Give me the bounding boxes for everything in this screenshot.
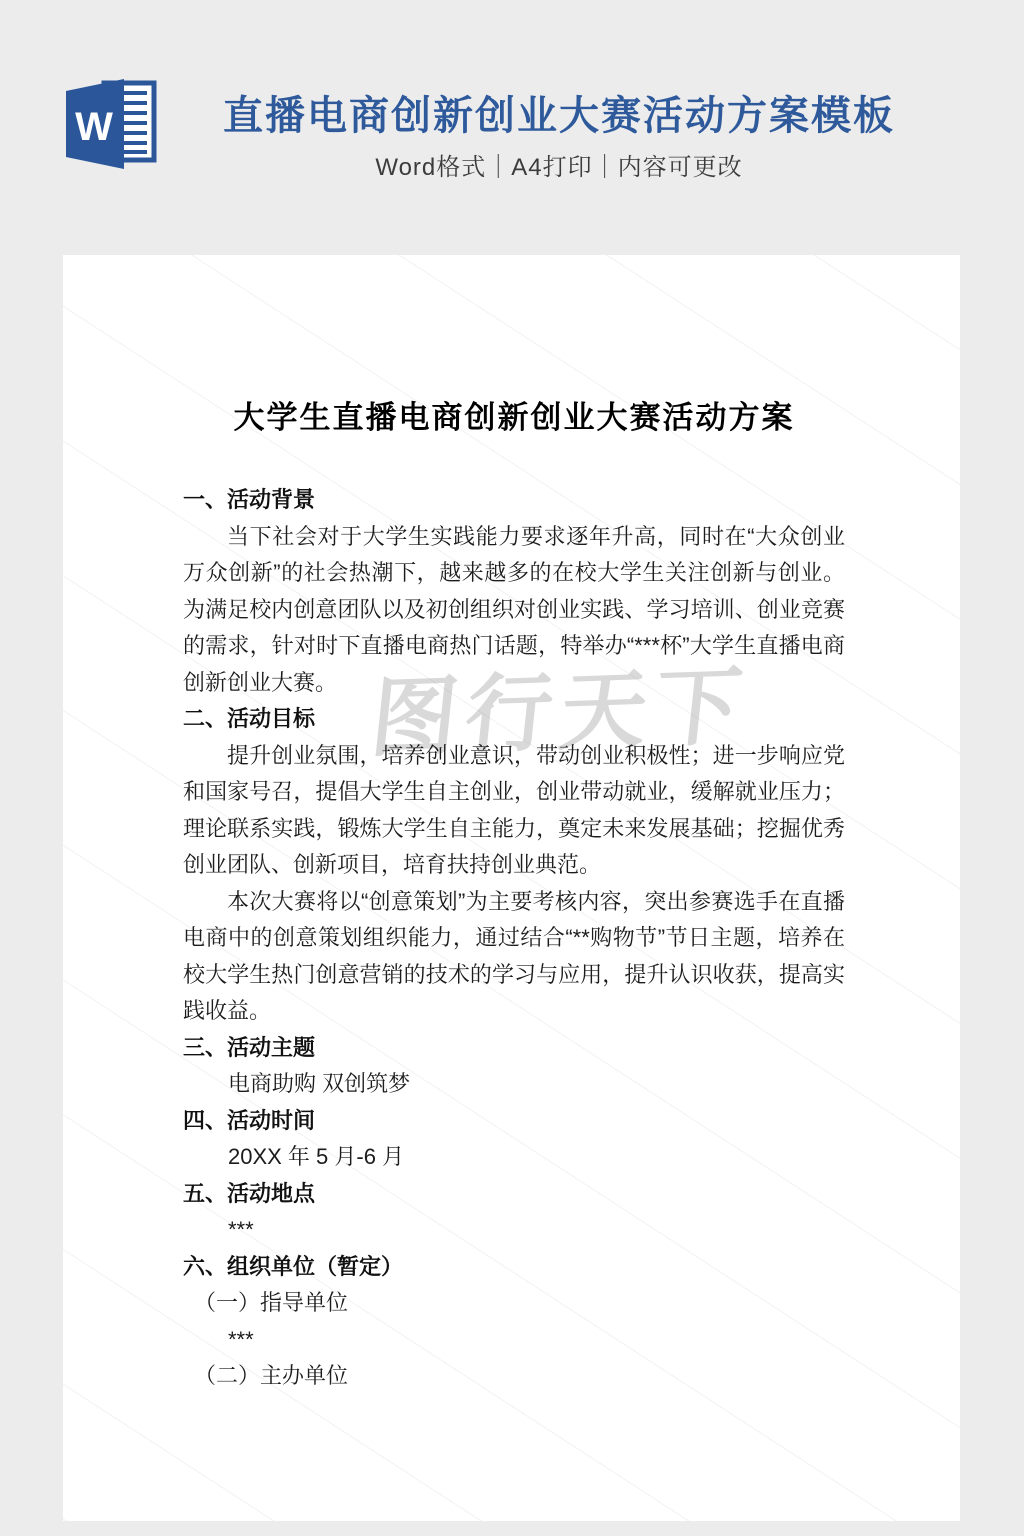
header-text-block: 直播电商创新创业大赛活动方案模板 Word格式｜A4打印｜内容可更改 [94, 94, 1024, 182]
section-paragraph: 提升创业氛围，培养创业意识，带动创业积极性；进一步响应党和国家号召，提倡大学生自… [183, 738, 845, 884]
document-content: 大学生直播电商创新创业大赛活动方案 一、活动背景 当下社会对于大学生实践能力要求… [63, 255, 960, 1395]
section-value: 20XX 年 5 月-6 月 [183, 1139, 845, 1176]
template-header: W 直播电商创新创业大赛活动方案模板 Word格式｜A4打印｜内容可更改 [0, 0, 1024, 255]
template-title: 直播电商创新创业大赛活动方案模板 [94, 94, 1024, 138]
section-value: 电商助购 双创筑梦 [183, 1066, 845, 1103]
template-preview-page: { "colors": { "background": "#ececec", "… [0, 0, 1024, 1536]
section-heading-organizers: 六、组织单位（暂定） [183, 1249, 845, 1286]
section-heading-location: 五、活动地点 [183, 1176, 845, 1213]
section-paragraph: 当下社会对于大学生实践能力要求逐年升高，同时在“大众创业 万众创新”的社会热潮下… [183, 519, 845, 702]
organizer-item-value: *** [183, 1322, 845, 1359]
section-value: *** [183, 1212, 845, 1249]
section-paragraph: 本次大赛将以“创意策划”为主要考核内容，突出参赛选手在直播电商中的创意策划组织能… [183, 884, 845, 1030]
organizer-item-label: （二）主办单位 [183, 1358, 845, 1395]
document-page: 图行天下 大学生直播电商创新创业大赛活动方案 一、活动背景 当下社会对于大学生实… [63, 255, 960, 1521]
document-title: 大学生直播电商创新创业大赛活动方案 [183, 398, 845, 438]
section-heading-time: 四、活动时间 [183, 1103, 845, 1140]
template-subtitle: Word格式｜A4打印｜内容可更改 [94, 154, 1024, 182]
organizer-item-label: （一）指导单位 [183, 1285, 845, 1322]
section-heading-background: 一、活动背景 [183, 482, 845, 519]
section-heading-goals: 二、活动目标 [183, 701, 845, 738]
section-heading-theme: 三、活动主题 [183, 1030, 845, 1067]
